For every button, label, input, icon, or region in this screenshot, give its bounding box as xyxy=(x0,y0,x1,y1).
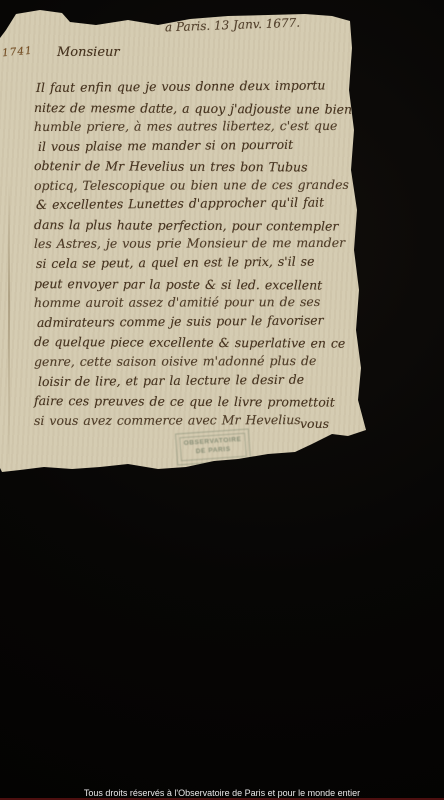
manuscript-page: 1741 a Paris. 13 Janv. 1677. Monsieur Il… xyxy=(0,0,372,478)
manuscript-scan-viewer: 1741 a Paris. 13 Janv. 1677. Monsieur Il… xyxy=(0,0,444,800)
letter-line: admirateurs comme je suis pour le favori… xyxy=(37,312,324,330)
letter-line: opticq, Telescopique ou bien une de ces … xyxy=(34,177,349,193)
rights-text: Tous droits réservés à l'Observatoire de… xyxy=(0,788,444,798)
letter-line: humble priere, à mes autres libertez, c'… xyxy=(34,118,337,134)
catchword: vous xyxy=(300,416,329,431)
letter-line: dans la plus haute perfection, pour cont… xyxy=(34,217,338,234)
letter-line: nitez de mesme datte, a quoy j'adjouste … xyxy=(34,100,352,117)
letter-line: genre, cette saison oisive m'adonné plus… xyxy=(34,353,316,369)
letter-line: les Astres, je vous prie Monsieur de me … xyxy=(34,235,345,251)
letter-line: & excellentes Lunettes d'approcher qu'il… xyxy=(36,194,324,212)
letter-line: il vous plaise me mander si on pourroit xyxy=(38,137,293,154)
letter-line: Il faut enfin que je vous donne deux imp… xyxy=(36,77,326,95)
letter-line: si cela se peut, a quel en est le prix, … xyxy=(36,254,315,271)
letter-line: faire ces preuves de ce que le livre pro… xyxy=(34,393,335,410)
letter-line: si vous avez commerce avec Mr Hevelius xyxy=(34,412,301,428)
archive-stamp: OBSERVATOIRE DE PARIS xyxy=(175,428,251,465)
letter-line: de quelque piece excellente & superlativ… xyxy=(34,334,345,351)
rights-footer: Tous droits réservés à l'Observatoire de… xyxy=(0,778,444,800)
letter-body: Il faut enfin que je vous donne deux imp… xyxy=(0,0,372,478)
letter-line: loisir de lire, et par la lecture le des… xyxy=(38,372,304,389)
letter-line: peut envoyer par la poste & si led. exce… xyxy=(34,276,322,293)
letter-line: homme auroit assez d'amitié pour un de s… xyxy=(34,294,320,310)
letter-line: obtenir de Mr Hevelius un tres bon Tubus xyxy=(34,158,308,174)
